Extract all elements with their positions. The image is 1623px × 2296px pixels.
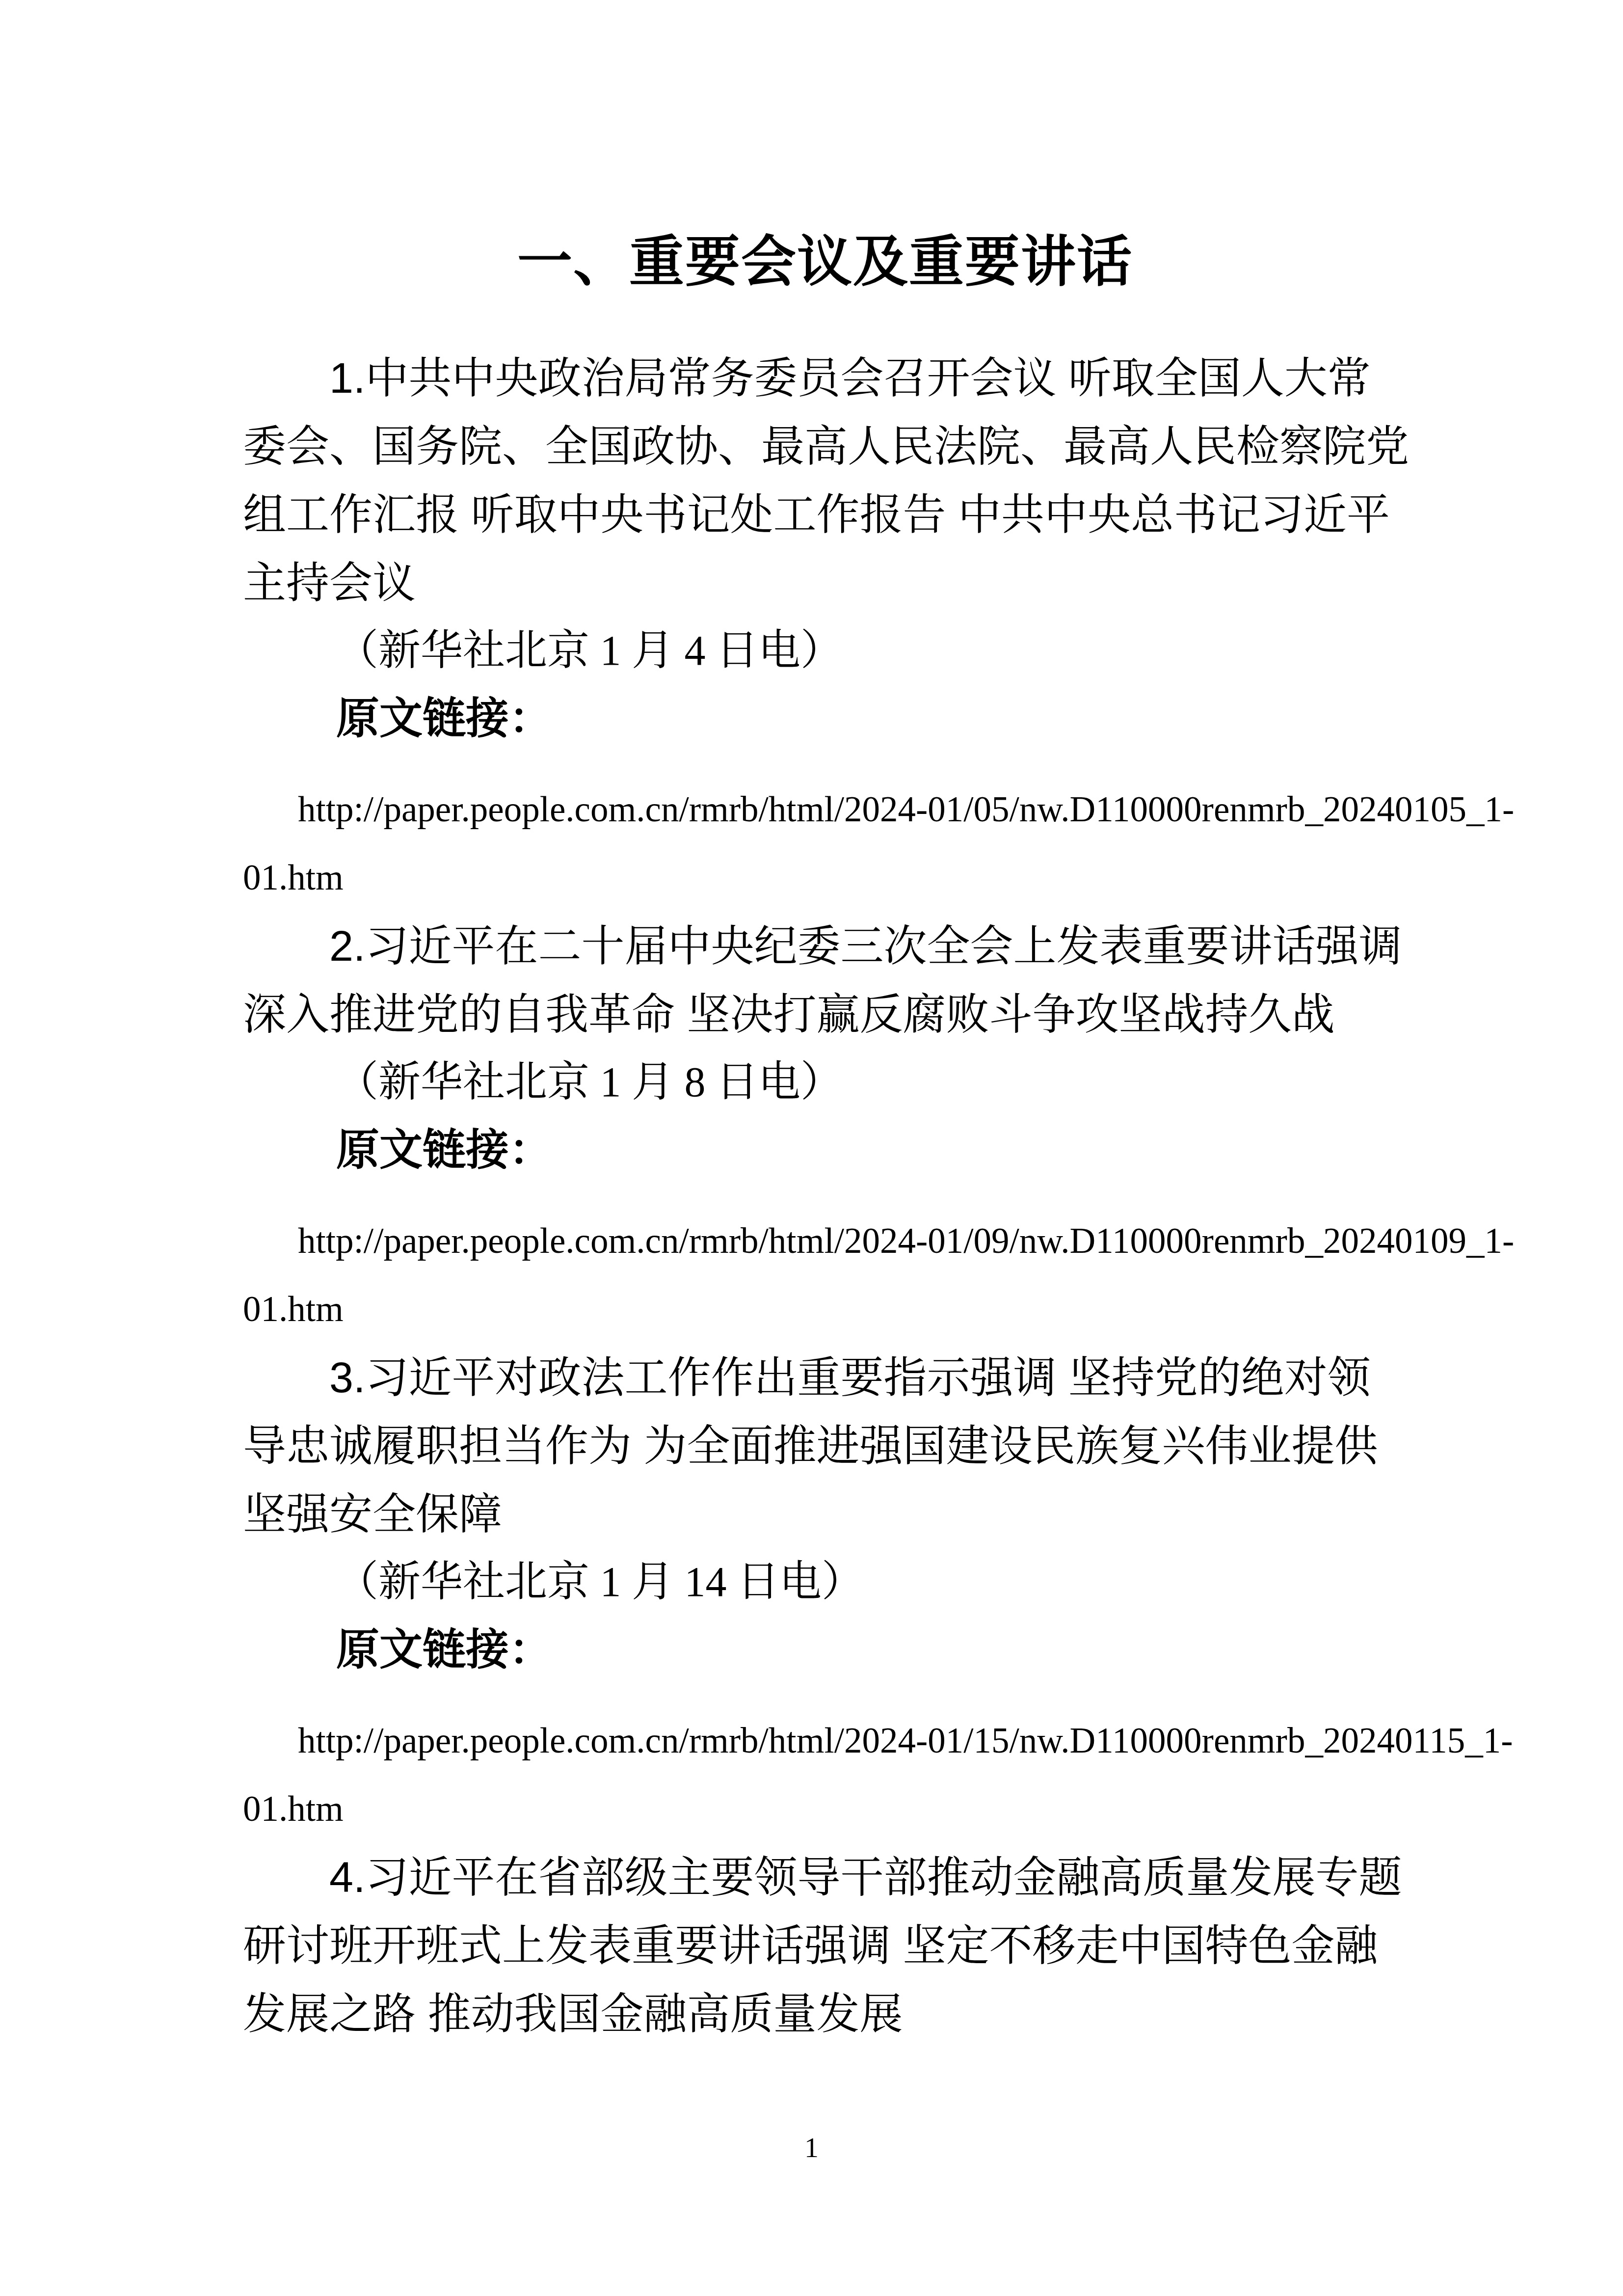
item-1-line-4: 主持会议 [243,548,1407,617]
item-4-line-1: 4.习近平在省部级主要领导干部推动金融高质量发展专题 [243,1843,1407,1911]
news-item-3: 3.习近平对政法工作作出重要指示强调 坚持党的绝对领 导忠诚履职担当作为 为全面… [243,1343,1407,1843]
item-3-line-1: 3.习近平对政法工作作出重要指示强调 坚持党的绝对领 [243,1343,1407,1411]
url-2-line-1: http://paper.people.com.cn/rmrb/html/202… [243,1207,1407,1275]
link-label-3: 原文链接： [243,1616,1407,1684]
document-content: 一、重要会议及重要讲话 1.中共中央政治局常务委员会召开会议 听取全国人大常 委… [243,221,1407,2048]
item-4-line-3: 发展之路 推动我国金融高质量发展 [243,1979,1407,2048]
page-title: 一、重要会议及重要讲话 [243,221,1407,304]
dateline-1: （新华社北京 1 月 4 日电） [243,617,1407,685]
news-item-1: 1.中共中央政治局常务委员会召开会议 听取全国人大常 委会、国务院、全国政协、最… [243,344,1407,912]
url-2-line-2: 01.htm [243,1275,1407,1343]
document-page: 一、重要会议及重要讲话 1.中共中央政治局常务委员会召开会议 听取全国人大常 委… [0,0,1623,2296]
item-1-line-3: 组工作汇报 听取中央书记处工作报告 中共中央总书记习近平 [243,480,1407,548]
item-2-line-1: 2.习近平在二十届中央纪委三次全会上发表重要讲话强调 [243,912,1407,980]
item-3-line-3: 坚强安全保障 [243,1480,1407,1548]
dateline-2: （新华社北京 1 月 8 日电） [243,1048,1407,1116]
link-label-1: 原文链接： [243,685,1407,753]
url-1-line-2: 01.htm [243,843,1407,912]
item-2-line-2: 深入推进党的自我革命 坚决打赢反腐败斗争攻坚战持久战 [243,980,1407,1048]
url-1-line-1: http://paper.people.com.cn/rmrb/html/202… [243,775,1407,843]
item-3-line-2: 导忠诚履职担当作为 为全面推进强国建设民族复兴伟业提供 [243,1411,1407,1480]
url-3-line-2: 01.htm [243,1775,1407,1843]
item-1-line-2: 委会、国务院、全国政协、最高人民法院、最高人民检察院党 [243,412,1407,480]
item-1-line-1: 1.中共中央政治局常务委员会召开会议 听取全国人大常 [243,344,1407,412]
url-3-line-1: http://paper.people.com.cn/rmrb/html/202… [243,1706,1407,1775]
item-4-line-2: 研讨班开班式上发表重要讲话强调 坚定不移走中国特色金融 [243,1911,1407,1979]
page-number: 1 [0,2131,1623,2165]
news-item-2: 2.习近平在二十届中央纪委三次全会上发表重要讲话强调 深入推进党的自我革命 坚决… [243,912,1407,1343]
news-item-4: 4.习近平在省部级主要领导干部推动金融高质量发展专题 研讨班开班式上发表重要讲话… [243,1843,1407,2048]
link-label-2: 原文链接： [243,1116,1407,1185]
dateline-3: （新华社北京 1 月 14 日电） [243,1548,1407,1616]
